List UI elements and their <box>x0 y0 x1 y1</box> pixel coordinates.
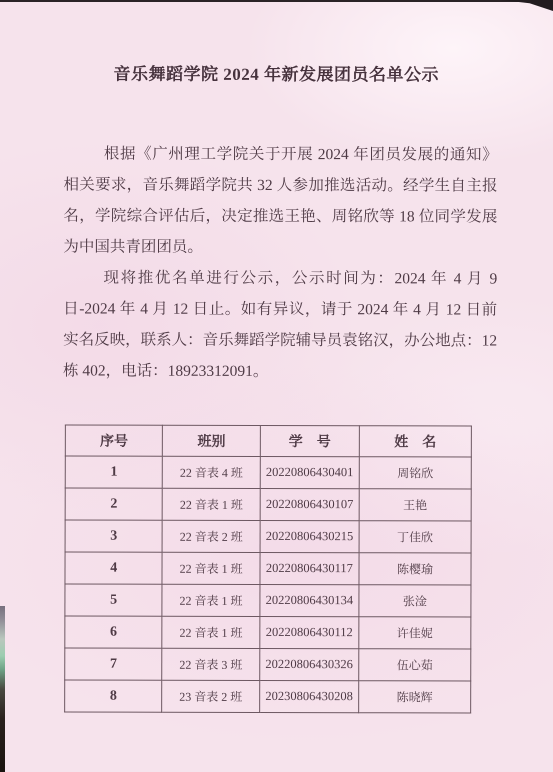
col-header-class: 班别 <box>163 425 261 456</box>
cell-class: 22 音表 1 班 <box>162 552 260 584</box>
cell-name: 周铭欣 <box>359 457 471 489</box>
cell-name: 许佳妮 <box>359 617 471 649</box>
cell-student-id: 20220806430215 <box>260 520 359 552</box>
cell-no: 5 <box>65 584 163 616</box>
cell-class: 22 音表 1 班 <box>163 488 261 520</box>
col-header-student-id: 学 号 <box>260 425 359 456</box>
col-header-name: 姓 名 <box>359 426 471 457</box>
members-table: 序号 班别 学 号 姓 名 122 音表 4 班20220806430401周铭… <box>64 424 472 713</box>
photographed-document: 音乐舞蹈学院 2024 年新发展团员名单公示 根据《广州理工学院关于开展 202… <box>0 0 553 772</box>
cell-no: 1 <box>65 456 163 488</box>
cell-class: 22 音表 2 班 <box>162 520 260 552</box>
paragraph-publicity-contact: 现将推优名单进行公示，公示时间为：2024 年 4 月 9 日-2024 年 4… <box>63 262 497 387</box>
page-content: 音乐舞蹈学院 2024 年新发展团员名单公示 根据《广州理工学院关于开展 202… <box>0 1 553 713</box>
table-row: 722 音表 3 班20220806430326伍心茹 <box>65 648 471 681</box>
cell-student-id: 20220806430134 <box>260 584 359 616</box>
cell-no: 7 <box>65 648 163 680</box>
cell-class: 22 音表 4 班 <box>163 456 261 488</box>
cell-student-id: 20220806430326 <box>260 648 359 680</box>
cell-class: 22 音表 1 班 <box>162 616 260 648</box>
cell-name: 伍心茹 <box>359 649 471 681</box>
table-row: 522 音表 1 班20220806430134张淦 <box>65 584 471 617</box>
cell-no: 4 <box>65 552 163 584</box>
cell-class: 23 音表 2 班 <box>162 680 260 712</box>
cell-no: 6 <box>65 616 163 648</box>
paragraph-basis: 根据《广州理工学院关于开展 2024 年团员发展的通知》相关要求，音乐舞蹈学院共… <box>63 138 497 263</box>
cell-name: 丁佳欣 <box>359 521 471 553</box>
cell-student-id: 20230806430208 <box>260 680 359 712</box>
table-row: 422 音表 1 班20220806430117陈樱瑜 <box>65 552 471 585</box>
table-row: 122 音表 4 班20220806430401周铭欣 <box>65 456 471 489</box>
members-table-header: 序号 班别 学 号 姓 名 <box>65 425 471 457</box>
cell-no: 3 <box>65 520 163 552</box>
cell-no: 2 <box>65 488 163 520</box>
photo-edge-bottom-left <box>0 606 5 772</box>
cell-student-id: 20220806430107 <box>260 488 359 520</box>
cell-student-id: 20220806430401 <box>260 456 359 488</box>
members-table-body: 122 音表 4 班20220806430401周铭欣222 音表 1 班202… <box>65 456 472 713</box>
page-title: 音乐舞蹈学院 2024 年新发展团员名单公示 <box>0 59 553 85</box>
col-header-no: 序号 <box>65 425 163 456</box>
photo-edge-top <box>0 0 553 2</box>
cell-name: 张淦 <box>359 585 471 617</box>
cell-name: 王艳 <box>359 489 471 521</box>
table-row: 622 音表 1 班20220806430112许佳妮 <box>65 616 471 649</box>
cell-no: 8 <box>65 680 163 712</box>
cell-class: 22 音表 1 班 <box>162 584 260 616</box>
cell-name: 陈樱瑜 <box>359 553 471 585</box>
document-page: 音乐舞蹈学院 2024 年新发展团员名单公示 根据《广州理工学院关于开展 202… <box>0 2 553 772</box>
table-row: 322 音表 2 班20220806430215丁佳欣 <box>65 520 471 553</box>
cell-class: 22 音表 3 班 <box>162 648 260 680</box>
cell-student-id: 20220806430117 <box>260 552 359 584</box>
cell-student-id: 20220806430112 <box>260 616 359 648</box>
header-row: 序号 班别 学 号 姓 名 <box>65 425 471 457</box>
table-row: 823 音表 2 班20230806430208陈晓辉 <box>65 680 471 713</box>
cell-name: 陈晓辉 <box>359 681 471 713</box>
table-row: 222 音表 1 班20220806430107王艳 <box>65 488 471 521</box>
